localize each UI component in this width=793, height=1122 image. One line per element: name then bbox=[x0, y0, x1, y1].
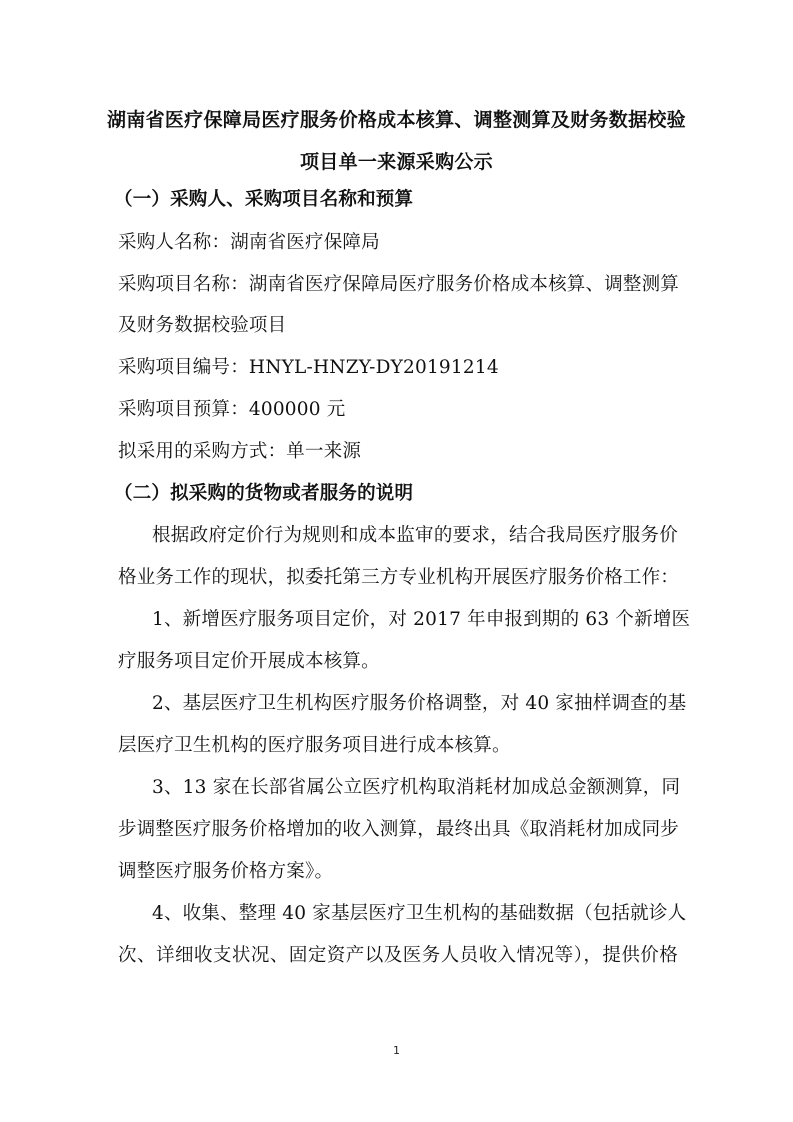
item-1-line-1: 1、新增医疗服务项目定价，对 2017 年申报到期的 63 个新增医 bbox=[152, 608, 678, 632]
section-1-heading: （一）采购人、采购项目名称和预算 bbox=[114, 188, 413, 212]
project-budget: 采购项目预算：400000 元 bbox=[118, 398, 346, 422]
item-3-line-2: 步调整医疗服务价格增加的收入测算，最终出具《取消耗材加成同步 bbox=[118, 818, 678, 842]
procurement-method: 拟采用的采购方式：单一来源 bbox=[118, 440, 361, 464]
item-4-line-1: 4、收集、整理 40 家基层医疗卫生机构的基础数据（包括就诊人 bbox=[152, 902, 678, 926]
project-number: 采购项目编号：HNYL-HNZY-DY20191214 bbox=[118, 356, 499, 380]
item-3-line-1: 3、13 家在长部省属公立医疗机构取消耗材加成总金额测算，同 bbox=[152, 776, 678, 800]
section-2-heading: （二）拟采购的货物或者服务的说明 bbox=[114, 482, 413, 506]
project-name-line-1: 采购项目名称：湖南省医疗保障局医疗服务价格成本核算、调整测算 bbox=[118, 273, 678, 297]
document-title-line-2: 项目单一来源采购公示 bbox=[0, 150, 793, 174]
intro-line-1: 根据政府定价行为规则和成本监审的要求，结合我局医疗服务价 bbox=[152, 524, 678, 548]
page-number: 1 bbox=[0, 1044, 793, 1057]
item-3-line-3: 调整医疗服务价格方案》。 bbox=[118, 860, 333, 884]
document-title-line-1: 湖南省医疗保障局医疗服务价格成本核算、调整测算及财务数据校验 bbox=[0, 108, 793, 132]
purchaser-name: 采购人名称：湖南省医疗保障局 bbox=[118, 231, 380, 255]
project-name-line-2: 及财务数据校验项目 bbox=[118, 314, 286, 338]
item-4-line-2: 次、详细收支状况、固定资产以及医务人员收入情况等），提供价格 bbox=[118, 944, 678, 968]
intro-line-2: 格业务工作的现状，拟委托第三方专业机构开展医疗服务价格工作： bbox=[118, 566, 678, 590]
document-page: 湖南省医疗保障局医疗服务价格成本核算、调整测算及财务数据校验 项目单一来源采购公… bbox=[0, 0, 793, 1122]
item-2-line-2: 层医疗卫生机构的医疗服务项目进行成本核算。 bbox=[118, 734, 511, 758]
item-2-line-1: 2、基层医疗卫生机构医疗服务价格调整，对 40 家抽样调查的基 bbox=[152, 692, 678, 716]
item-1-line-2: 疗服务项目定价开展成本核算。 bbox=[118, 650, 380, 674]
